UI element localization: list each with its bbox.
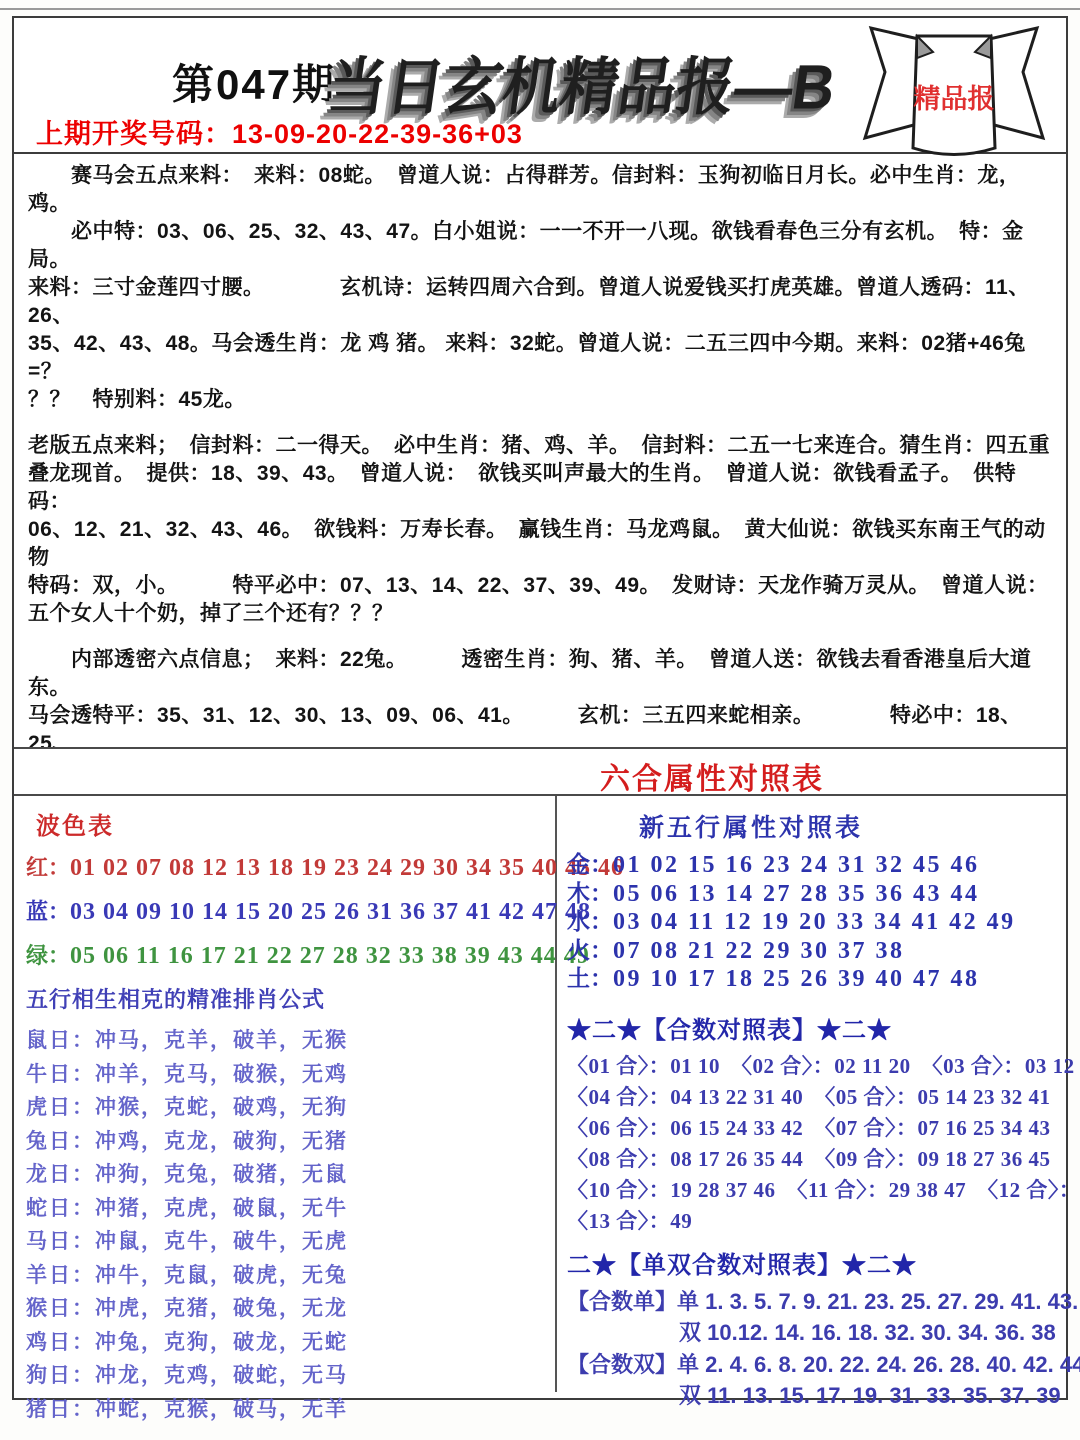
- comparison-tables: 波色表 红：01 02 07 08 12 13 18 19 23 24 29 3…: [14, 796, 1066, 1392]
- zodiac-line: 猪日：冲蛇，克猴，破马，无羊: [26, 1393, 549, 1427]
- odd-even-sum-head: 【合数双】: [567, 1352, 677, 1377]
- five-elements-label-fire: 火：: [567, 937, 613, 963]
- five-elements-numbers-fire: 07 08 21 22 29 30 37 38: [613, 938, 905, 964]
- wave-color-row-red: 红：01 02 07 08 12 13 18 19 23 24 29 30 34…: [26, 851, 549, 882]
- wave-color-table-title: 波色表: [36, 806, 549, 841]
- section-title-row: 六合属性对照表: [14, 749, 1066, 796]
- sum-table-line: 〈13 合〉：49: [567, 1206, 1080, 1237]
- sum-table-line: 〈01 合〉：01 10 〈02 合〉：02 11 20 〈03 合〉：03 1…: [567, 1051, 1080, 1082]
- wave-color-row-blue: 蓝：03 04 09 10 14 15 20 25 26 31 36 37 41…: [26, 895, 549, 926]
- five-elements-numbers-metal: 01 02 15 16 23 24 31 32 45 46: [613, 852, 980, 878]
- five-elements-row-earth: 土：09 10 17 18 25 26 39 40 47 48: [567, 965, 1080, 994]
- issue-number: 第047期: [172, 52, 336, 112]
- newspaper-page: 第047期 当日玄机精品报—B 上期开奖号码：13-09-20-22-39-36…: [0, 0, 1080, 1440]
- section-title: 六合属性对照表: [186, 754, 1080, 798]
- five-elements-row-wood: 木：05 06 13 14 27 28 35 36 43 44: [567, 880, 1080, 909]
- ribbon-banner-icon: 精品报: [858, 10, 1050, 162]
- zodiac-line: 鸡日：冲兔，克狗，破龙，无蛇: [26, 1326, 549, 1360]
- outer-frame: 第047期 当日玄机精品报—B 上期开奖号码：13-09-20-22-39-36…: [12, 16, 1068, 1400]
- five-elements-label-wood: 木：: [567, 880, 613, 906]
- five-elements-numbers-earth: 09 10 17 18 25 26 39 40 47 48: [613, 966, 980, 992]
- zodiac-line: 兔日：冲鸡，克龙，破狗，无猪: [26, 1125, 549, 1159]
- odd-even-sum-values: 双 10.12. 14. 16. 18. 32. 30. 34. 36. 38: [679, 1320, 1056, 1345]
- odd-even-sum-table-title: 二★【单双合数对照表】★二★: [567, 1245, 1080, 1280]
- odd-even-sum-line: 双 11. 13. 15. 17. 19. 31. 33. 35. 37. 39: [679, 1380, 1080, 1412]
- last-draw-numbers: 上期开奖号码：13-09-20-22-39-36+03: [36, 112, 523, 151]
- wave-color-numbers-red: 01 02 07 08 12 13 18 19 23 24 29 30 34 3…: [70, 855, 624, 881]
- five-elements-numbers-wood: 05 06 13 14 27 28 35 36 43 44: [613, 881, 980, 907]
- right-column: 新五行属性对照表 金：01 02 15 16 23 24 31 32 45 46…: [557, 796, 1080, 1392]
- five-elements-numbers-water: 03 04 11 12 19 20 33 34 41 42 49: [613, 909, 1016, 935]
- zodiac-line: 虎日：冲猴，克蛇，破鸡，无狗: [26, 1091, 549, 1125]
- zodiac-line: 龙日：冲狗，克兔，破猪，无鼠: [26, 1158, 549, 1192]
- left-column: 波色表 红：01 02 07 08 12 13 18 19 23 24 29 3…: [14, 796, 557, 1392]
- tips-text-block: 赛马会五点来料： 来料：08蛇。 曾道人说：占得群芳。信封料：玉狗初临日月长。必…: [14, 154, 1066, 749]
- five-elements-label-earth: 土：: [567, 965, 613, 991]
- five-elements-row-water: 水：03 04 11 12 19 20 33 34 41 42 49: [567, 908, 1080, 937]
- odd-even-sum-values: 双 11. 13. 15. 17. 19. 31. 33. 35. 37. 39: [679, 1383, 1061, 1408]
- wave-color-numbers-green: 05 06 11 16 17 21 22 27 28 32 33 38 39 4…: [70, 943, 590, 969]
- odd-even-sum-head: 【合数单】: [567, 1289, 677, 1314]
- report-paragraph-1: 赛马会五点来料： 来料：08蛇。 曾道人说：占得群芳。信封料：玉狗初临日月长。必…: [28, 162, 1052, 414]
- report-paragraph-3: 内部透密六点信息； 来料：22兔。 透密生肖：狗、猪、羊。 曾道人送：欲钱去看香…: [28, 646, 1052, 749]
- report-paragraph-2: 老版五点来料； 信封料：二一得天。 必中生肖：猪、鸡、羊。 信封料：二五一七来连…: [28, 432, 1052, 628]
- five-elements-label-water: 水：: [567, 908, 613, 934]
- zodiac-line: 马日：冲鼠，克牛，破牛，无虎: [26, 1225, 549, 1259]
- five-elements-table-title: 新五行属性对照表: [639, 808, 1080, 844]
- sum-table-line: 〈06 合〉：06 15 24 33 42 〈07 合〉：07 16 25 34…: [567, 1113, 1080, 1144]
- zodiac-line: 猴日：冲虎，克猪，破兔，无龙: [26, 1292, 549, 1326]
- wave-color-label-red: 红：: [26, 855, 70, 880]
- sum-table-line: 〈10 合〉：19 28 37 46 〈11 合〉：29 38 47 〈12 合…: [567, 1175, 1080, 1206]
- zodiac-line: 羊日：冲牛，克鼠，破虎，无兔: [26, 1259, 549, 1293]
- five-elements-label-metal: 金：: [567, 851, 613, 877]
- wave-color-numbers-blue: 03 04 09 10 14 15 20 25 26 31 36 37 41 4…: [70, 899, 591, 925]
- sum-table-title: ★二★【合数对照表】★二★: [567, 1010, 1080, 1045]
- five-elements-row-metal: 金：01 02 15 16 23 24 31 32 45 46: [567, 851, 1080, 880]
- wave-color-label-blue: 蓝：: [26, 899, 70, 924]
- sum-table-line: 〈04 合〉：04 13 22 31 40 〈05 合〉：05 14 23 32…: [567, 1082, 1080, 1113]
- zodiac-line: 牛日：冲羊，克马，破猴，无鸡: [26, 1058, 549, 1092]
- zodiac-line: 鼠日：冲马，克羊，破羊，无猴: [26, 1024, 549, 1058]
- zodiac-formula-title: 五行相生相克的精准排肖公式: [26, 983, 549, 1014]
- odd-even-sum-values: 单 2. 4. 6. 8. 20. 22. 24. 26. 28. 40. 42…: [677, 1352, 1080, 1377]
- wave-color-row-green: 绿：05 06 11 16 17 21 22 27 28 32 33 38 39…: [26, 939, 549, 970]
- zodiac-line: 狗日：冲龙，克鸡，破蛇，无马: [26, 1359, 549, 1393]
- header: 第047期 当日玄机精品报—B 上期开奖号码：13-09-20-22-39-36…: [14, 18, 1066, 154]
- ribbon-banner-text: 精品报: [914, 83, 995, 114]
- odd-even-sum-line: 双 10.12. 14. 16. 18. 32. 30. 34. 36. 38: [679, 1317, 1080, 1349]
- odd-even-sum-line: 【合数单】单 1. 3. 5. 7. 9. 21. 23. 25. 27. 29…: [567, 1286, 1080, 1318]
- zodiac-line: 蛇日：冲猪，克虎，破鼠，无牛: [26, 1192, 549, 1226]
- five-elements-row-fire: 火：07 08 21 22 29 30 37 38: [567, 937, 1080, 966]
- odd-even-sum-line: 【合数双】单 2. 4. 6. 8. 20. 22. 24. 26. 28. 4…: [567, 1349, 1080, 1381]
- wave-color-label-green: 绿：: [26, 943, 70, 968]
- odd-even-sum-values: 单 1. 3. 5. 7. 9. 21. 23. 25. 27. 29. 41.…: [677, 1289, 1080, 1314]
- sum-table-line: 〈08 合〉：08 17 26 35 44 〈09 合〉：09 18 27 36…: [567, 1144, 1080, 1175]
